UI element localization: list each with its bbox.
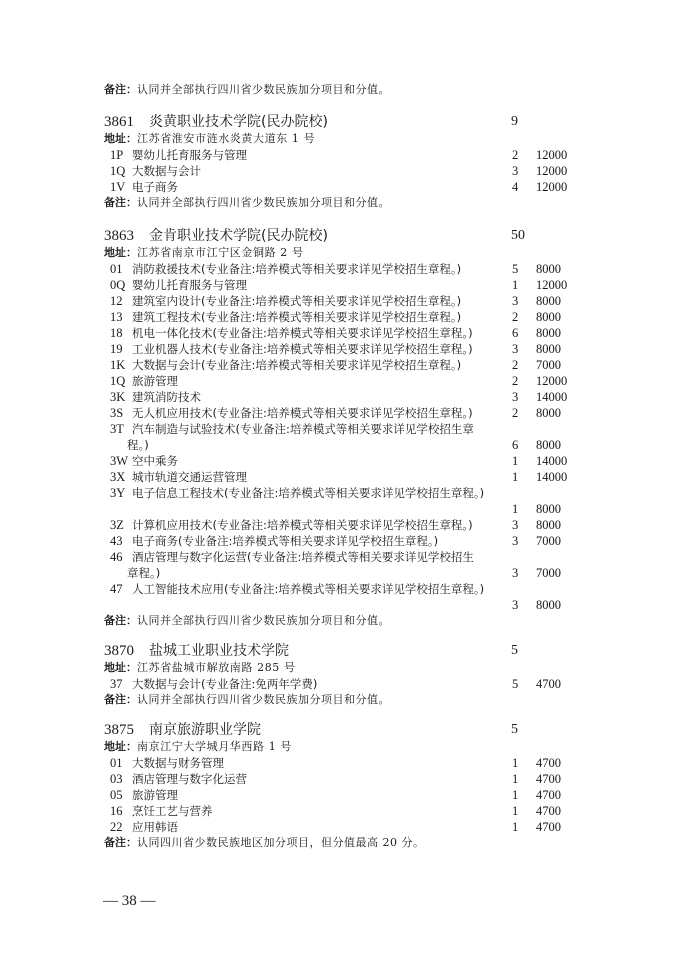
note-label: 备注：: [104, 196, 137, 209]
major-code: 13: [110, 309, 123, 325]
note-text: 认同并全部执行四川省少数民族加分项目和分值。: [137, 693, 390, 706]
major-fee: 12000: [536, 179, 567, 195]
major-row-continuation: 章程。) 3 7000: [0, 565, 680, 581]
major-name: 电子商务: [132, 179, 178, 195]
major-fee: 4700: [536, 787, 561, 803]
major-code: 3Y: [110, 485, 125, 501]
major-fee: 14000: [536, 389, 567, 405]
address-text: 江苏省南京市江宁区金铜路 2 号: [137, 245, 304, 261]
major-count: 5: [512, 676, 526, 692]
major-row: 01 消防救援技术(专业备注:培养模式等相关要求详见学校招生章程。) 5 800…: [0, 261, 680, 277]
major-code: 3T: [110, 421, 124, 437]
school-quota: 9: [511, 112, 518, 132]
page-number: — 38 —: [103, 893, 156, 910]
major-name: 大数据与会计(专业备注:免两年学费): [132, 676, 317, 692]
major-name: 计算机应用技术(专业备注:培养模式等相关要求详见学校招生章程。): [132, 517, 473, 533]
note-label: 备注：: [104, 836, 137, 849]
major-row: 3S 无人机应用技术(专业备注:培养模式等相关要求详见学校招生章程。) 2 80…: [0, 405, 680, 421]
major-fee: 8000: [536, 405, 561, 421]
major-fee: 12000: [536, 373, 567, 389]
school-address: 地址： 南京江宁大学城月华西路 1 号: [0, 739, 680, 755]
major-fee: 8000: [536, 501, 561, 517]
major-row: 3K 建筑消防技术 3 14000: [0, 389, 680, 405]
major-fee: 8000: [536, 341, 561, 357]
major-name: 烹饪工艺与营养: [132, 803, 213, 819]
major-name: 建筑工程技术(专业备注:培养模式等相关要求详见学校招生章程。): [132, 309, 461, 325]
school-header: 3861 炎黄职业技术学院(民办院校) 9: [0, 112, 680, 132]
major-count: 1: [512, 803, 526, 819]
major-row: 3Y 电子信息工程技术(专业备注:培养模式等相关要求详见学校招生章程。): [0, 485, 680, 501]
major-name: 建筑室内设计(专业备注:培养模式等相关要求详见学校招生章程。): [132, 293, 461, 309]
major-code: 1Q: [110, 373, 125, 389]
major-code: 01: [110, 755, 123, 771]
school-address: 地址： 江苏省盐城市解放南路 285 号: [0, 660, 680, 676]
school-name: 南京旅游职业学院: [149, 720, 261, 740]
school-quota: 5: [511, 720, 518, 740]
major-count: 3: [512, 517, 526, 533]
school-name: 盐城工业职业技术学院: [149, 641, 289, 661]
major-count: 1: [512, 819, 526, 835]
major-fee: 12000: [536, 277, 567, 293]
document-page: 备注：认同并全部执行四川省少数民族加分项目和分值。 3861 炎黄职业技术学院(…: [0, 0, 680, 961]
major-name: 人工智能技术应用(专业备注:培养模式等相关要求详见学校招生章程。): [132, 581, 484, 597]
major-count: 3: [512, 163, 526, 179]
note-line: 备注：认同并全部执行四川省少数民族加分项目和分值。: [104, 692, 680, 708]
school-name: 炎黄职业技术学院(民办院校): [149, 112, 328, 132]
address-text: 南京江宁大学城月华西路 1 号: [137, 739, 292, 755]
major-name-continuation: 章程。): [127, 565, 160, 581]
major-name: 机电一体化技术(专业备注:培养模式等相关要求详见学校招生章程。): [132, 325, 473, 341]
school-address: 地址： 江苏省淮安市涟水炎黄大道东 1 号: [0, 131, 680, 147]
note-label: 备注：: [104, 83, 137, 96]
major-row: 46 酒店管理与数字化运营(专业备注:培养模式等相关要求详见学校招生: [0, 549, 680, 565]
major-count: 2: [512, 405, 526, 421]
note-label: 备注：: [104, 693, 137, 706]
address-label: 地址：: [104, 660, 137, 676]
major-row: 12 建筑室内设计(专业备注:培养模式等相关要求详见学校招生章程。) 3 800…: [0, 293, 680, 309]
major-code: 3S: [110, 405, 123, 421]
major-row: 0Q 婴幼儿托育服务与管理 1 12000: [0, 277, 680, 293]
major-name-continuation: 程。): [127, 437, 149, 453]
major-count: 3: [512, 389, 526, 405]
major-fee: 8000: [536, 517, 561, 533]
major-row: 1P 婴幼儿托育服务与管理 2 12000: [0, 147, 680, 163]
address-text: 江苏省淮安市涟水炎黄大道东 1 号: [137, 131, 315, 147]
major-code: 1K: [110, 357, 125, 373]
school-code: 3875: [104, 720, 134, 740]
major-count: 6: [512, 437, 526, 453]
major-count: 1: [512, 469, 526, 485]
school-header: 3870 盐城工业职业技术学院 5: [0, 641, 680, 661]
school-address: 地址： 江苏省南京市江宁区金铜路 2 号: [0, 245, 680, 261]
major-name: 婴幼儿托育服务与管理: [132, 277, 247, 293]
major-code: 3Z: [110, 517, 124, 533]
major-row: 3Z 计算机应用技术(专业备注:培养模式等相关要求详见学校招生章程。) 3 80…: [0, 517, 680, 533]
major-row: 1V 电子商务 4 12000: [0, 179, 680, 195]
major-name: 大数据与会计(专业备注:培养模式等相关要求详见学校招生章程。): [132, 357, 461, 373]
major-name: 空中乘务: [132, 453, 178, 469]
major-fee: 8000: [536, 293, 561, 309]
major-fee: 4700: [536, 819, 561, 835]
major-count: 2: [512, 309, 526, 325]
major-row: 22 应用韩语 1 4700: [0, 819, 680, 835]
major-name: 酒店管理与数字化运营: [132, 771, 247, 787]
note-line: 备注：认同四川省少数民族地区加分项目，但分值最高 20 分。: [104, 835, 680, 851]
major-fee: 7000: [536, 565, 561, 581]
school-code: 3863: [104, 226, 134, 246]
major-row: 3X 城市轨道交通运营管理 1 14000: [0, 469, 680, 485]
note-line: 备注：认同并全部执行四川省少数民族加分项目和分值。: [104, 195, 680, 211]
note-text: 认同并全部执行四川省少数民族加分项目和分值。: [137, 196, 390, 209]
major-fee: 8000: [536, 437, 561, 453]
major-row: 1K 大数据与会计(专业备注:培养模式等相关要求详见学校招生章程。) 2 700…: [0, 357, 680, 373]
major-count: 1: [512, 453, 526, 469]
note-text: 认同并全部执行四川省少数民族加分项目和分值。: [137, 614, 390, 627]
major-row: 3T 汽车制造与试验技术(专业备注:培养模式等相关要求详见学校招生章: [0, 421, 680, 437]
major-row: 01 大数据与财务管理 1 4700: [0, 755, 680, 771]
note-label: 备注：: [104, 614, 137, 627]
major-name: 城市轨道交通运营管理: [132, 469, 247, 485]
major-code: 37: [110, 676, 123, 692]
major-code: 01: [110, 261, 123, 277]
major-count: 2: [512, 147, 526, 163]
major-fee: 8000: [536, 325, 561, 341]
major-name: 工业机器人技术(专业备注:培养模式等相关要求详见学校招生章程。): [132, 341, 473, 357]
major-fee: 8000: [536, 309, 561, 325]
major-fee: 4700: [536, 755, 561, 771]
major-code: 1P: [110, 147, 123, 163]
major-code: 47: [110, 581, 123, 597]
note-text: 认同并全部执行四川省少数民族加分项目和分值。: [137, 83, 390, 96]
major-fee: 4700: [536, 676, 561, 692]
major-count: 3: [512, 341, 526, 357]
major-row-continuation: 3 8000: [0, 597, 680, 613]
note-line: 备注：认同并全部执行四川省少数民族加分项目和分值。: [104, 613, 680, 629]
major-code: 05: [110, 787, 123, 803]
major-name: 旅游管理: [132, 787, 178, 803]
major-name: 电子信息工程技术(专业备注:培养模式等相关要求详见学校招生章程。): [132, 485, 484, 501]
major-name: 大数据与财务管理: [132, 755, 224, 771]
major-code: 3W: [110, 453, 128, 469]
major-count: 3: [512, 533, 526, 549]
major-count: 1: [512, 787, 526, 803]
major-code: 1Q: [110, 163, 125, 179]
major-count: 1: [512, 277, 526, 293]
major-fee: 14000: [536, 469, 567, 485]
major-code: 3X: [110, 469, 125, 485]
major-fee: 14000: [536, 453, 567, 469]
major-fee: 8000: [536, 597, 561, 613]
major-fee: 4700: [536, 771, 561, 787]
major-row: 1Q 大数据与会计 3 12000: [0, 163, 680, 179]
major-code: 0Q: [110, 277, 125, 293]
major-count: 2: [512, 373, 526, 389]
major-fee: 7000: [536, 533, 561, 549]
major-fee: 8000: [536, 261, 561, 277]
major-code: 16: [110, 803, 123, 819]
major-fee: 4700: [536, 803, 561, 819]
school-name: 金肯职业技术学院(民办院校): [149, 226, 328, 246]
address-label: 地址：: [104, 131, 137, 147]
major-fee: 12000: [536, 147, 567, 163]
major-count: 2: [512, 357, 526, 373]
major-code: 03: [110, 771, 123, 787]
major-row: 18 机电一体化技术(专业备注:培养模式等相关要求详见学校招生章程。) 6 80…: [0, 325, 680, 341]
major-count: 3: [512, 597, 526, 613]
major-name: 酒店管理与数字化运营(专业备注:培养模式等相关要求详见学校招生: [132, 549, 474, 565]
address-label: 地址：: [104, 739, 137, 755]
address-text: 江苏省盐城市解放南路 285 号: [137, 660, 296, 676]
major-row: 19 工业机器人技术(专业备注:培养模式等相关要求详见学校招生章程。) 3 80…: [0, 341, 680, 357]
major-name: 汽车制造与试验技术(专业备注:培养模式等相关要求详见学校招生章: [132, 421, 474, 437]
major-name: 婴幼儿托育服务与管理: [132, 147, 247, 163]
note-text: 认同四川省少数民族地区加分项目，但分值最高 20 分。: [137, 836, 425, 849]
major-row: 37 大数据与会计(专业备注:免两年学费) 5 4700: [0, 676, 680, 692]
major-count: 5: [512, 261, 526, 277]
major-fee: 12000: [536, 163, 567, 179]
school-quota: 50: [511, 226, 525, 246]
major-count: 1: [512, 501, 526, 517]
major-fee: 7000: [536, 357, 561, 373]
major-name: 应用韩语: [132, 819, 178, 835]
major-code: 43: [110, 533, 123, 549]
major-code: 19: [110, 341, 123, 357]
school-header: 3875 南京旅游职业学院 5: [0, 720, 680, 740]
major-row: 05 旅游管理 1 4700: [0, 787, 680, 803]
major-name: 建筑消防技术: [132, 389, 201, 405]
note-line: 备注：认同并全部执行四川省少数民族加分项目和分值。: [104, 82, 680, 98]
school-code: 3870: [104, 641, 134, 661]
major-code: 12: [110, 293, 123, 309]
major-count: 3: [512, 293, 526, 309]
major-row: 13 建筑工程技术(专业备注:培养模式等相关要求详见学校招生章程。) 2 800…: [0, 309, 680, 325]
address-label: 地址：: [104, 245, 137, 261]
major-row: 43 电子商务(专业备注:培养模式等相关要求详见学校招生章程。) 3 7000: [0, 533, 680, 549]
major-row: 16 烹饪工艺与营养 1 4700: [0, 803, 680, 819]
major-name: 大数据与会计: [132, 163, 201, 179]
major-code: 46: [110, 549, 123, 565]
major-name: 旅游管理: [132, 373, 178, 389]
school-code: 3861: [104, 112, 134, 132]
major-code: 1V: [110, 179, 125, 195]
major-row-continuation: 程。) 6 8000: [0, 437, 680, 453]
major-row: 1Q 旅游管理 2 12000: [0, 373, 680, 389]
major-row: 47 人工智能技术应用(专业备注:培养模式等相关要求详见学校招生章程。): [0, 581, 680, 597]
major-count: 3: [512, 565, 526, 581]
school-quota: 5: [511, 641, 518, 661]
major-code: 18: [110, 325, 123, 341]
major-count: 1: [512, 755, 526, 771]
major-name: 无人机应用技术(专业备注:培养模式等相关要求详见学校招生章程。): [132, 405, 473, 421]
major-name: 电子商务(专业备注:培养模式等相关要求详见学校招生章程。): [132, 533, 438, 549]
major-row: 03 酒店管理与数字化运营 1 4700: [0, 771, 680, 787]
major-row-continuation: 1 8000: [0, 501, 680, 517]
major-code: 3K: [110, 389, 125, 405]
major-row: 3W 空中乘务 1 14000: [0, 453, 680, 469]
school-header: 3863 金肯职业技术学院(民办院校) 50: [0, 226, 680, 246]
major-count: 6: [512, 325, 526, 341]
major-name: 消防救援技术(专业备注:培养模式等相关要求详见学校招生章程。): [132, 261, 461, 277]
major-count: 1: [512, 771, 526, 787]
major-count: 4: [512, 179, 526, 195]
major-code: 22: [110, 819, 123, 835]
